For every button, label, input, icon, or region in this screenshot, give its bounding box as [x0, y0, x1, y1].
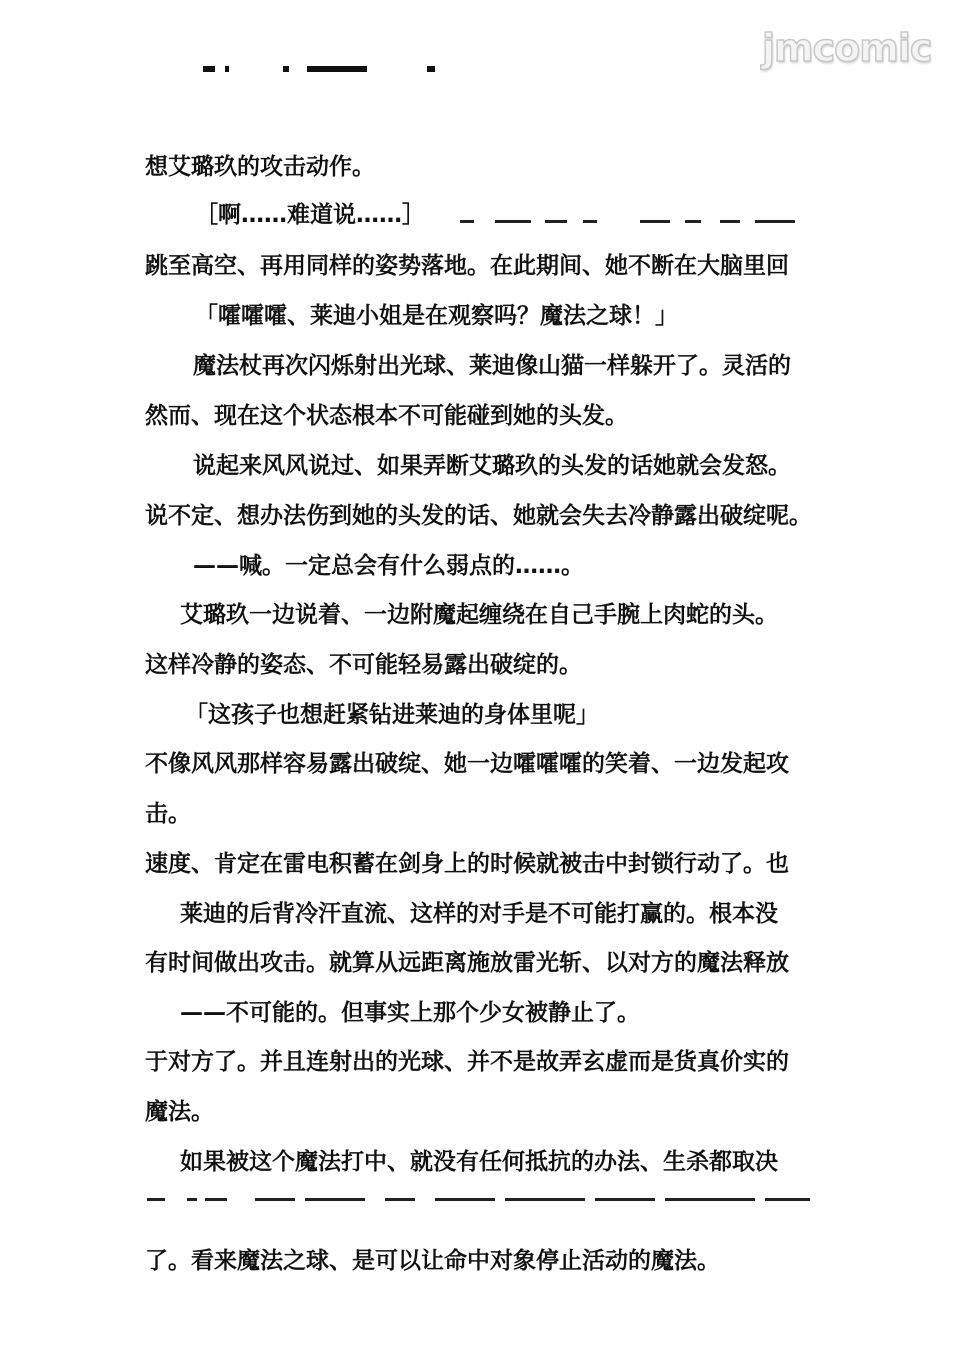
- text-line: 「这孩子也想赶紧钻进莱迪的身体里呢」: [185, 700, 599, 730]
- text-line: 艾璐玖一边说着、一边附魔起缠绕在自己手腕上肉蛇的头。: [180, 600, 778, 630]
- text-line: 有时间做出攻击。就算从远距离施放雷光斩、以对方的魔法释放: [145, 948, 789, 978]
- cropped-text-fragment: [145, 1196, 815, 1204]
- text-line: 跳至高空、再用同样的姿势落地。在此期间、她不断在大脑里回: [145, 251, 789, 281]
- text-line: ——不可能的。但事实上那个少女被静止了。: [180, 998, 640, 1028]
- text-line: 击。: [145, 799, 191, 829]
- text-line: ——喊。一定总会有什么弱点的……。: [193, 551, 584, 581]
- jmcomic-watermark-logo: jmcomic: [762, 26, 931, 70]
- text-line: 这样冷静的姿态、不可能轻易露出破绽的。: [145, 650, 582, 680]
- text-line: 速度、肯定在雷电积蓄在剑身上的时候就被击中封锁行动了。也: [145, 849, 789, 879]
- cropped-text-fragment-top: [195, 60, 445, 76]
- text-line: 莱迪的后背冷汗直流、这样的对手是不可能打赢的。根本没: [180, 899, 778, 929]
- text-line: 想艾璐玖的攻击动作。: [145, 152, 375, 182]
- text-line: 不像风风那样容易露出破绽、她一边嚯嚯嚯的笑着、一边发起攻: [145, 749, 789, 779]
- text-line: 于对方了。并且连射出的光球、并不是故弄玄虚而是货真价实的: [145, 1047, 789, 1077]
- text-line: 「嚯嚯嚯、莱迪小姐是在观察吗？魔法之球！」: [195, 301, 678, 331]
- text-line: 魔法。: [145, 1097, 214, 1127]
- text-line: 魔法杖再次闪烁射出光球、莱迪像山猫一样躲开了。灵活的: [193, 351, 791, 381]
- text-line: 说起来风风说过、如果弄断艾璐玖的头发的话她就会发怒。: [193, 451, 791, 481]
- cropped-text-fragment: [145, 218, 815, 226]
- text-line: 了。看来魔法之球、是可以让命中对象停止活动的魔法。: [145, 1246, 720, 1276]
- text-line: 如果被这个魔法打中、就没有任何抵抗的办法、生杀都取决: [180, 1147, 778, 1177]
- text-line: 说不定、想办法伤到她的头发的话、她就会失去冷静露出破绽呢。: [145, 501, 812, 531]
- text-line: 然而、现在这个状态根本不可能碰到她的头发。: [145, 401, 628, 431]
